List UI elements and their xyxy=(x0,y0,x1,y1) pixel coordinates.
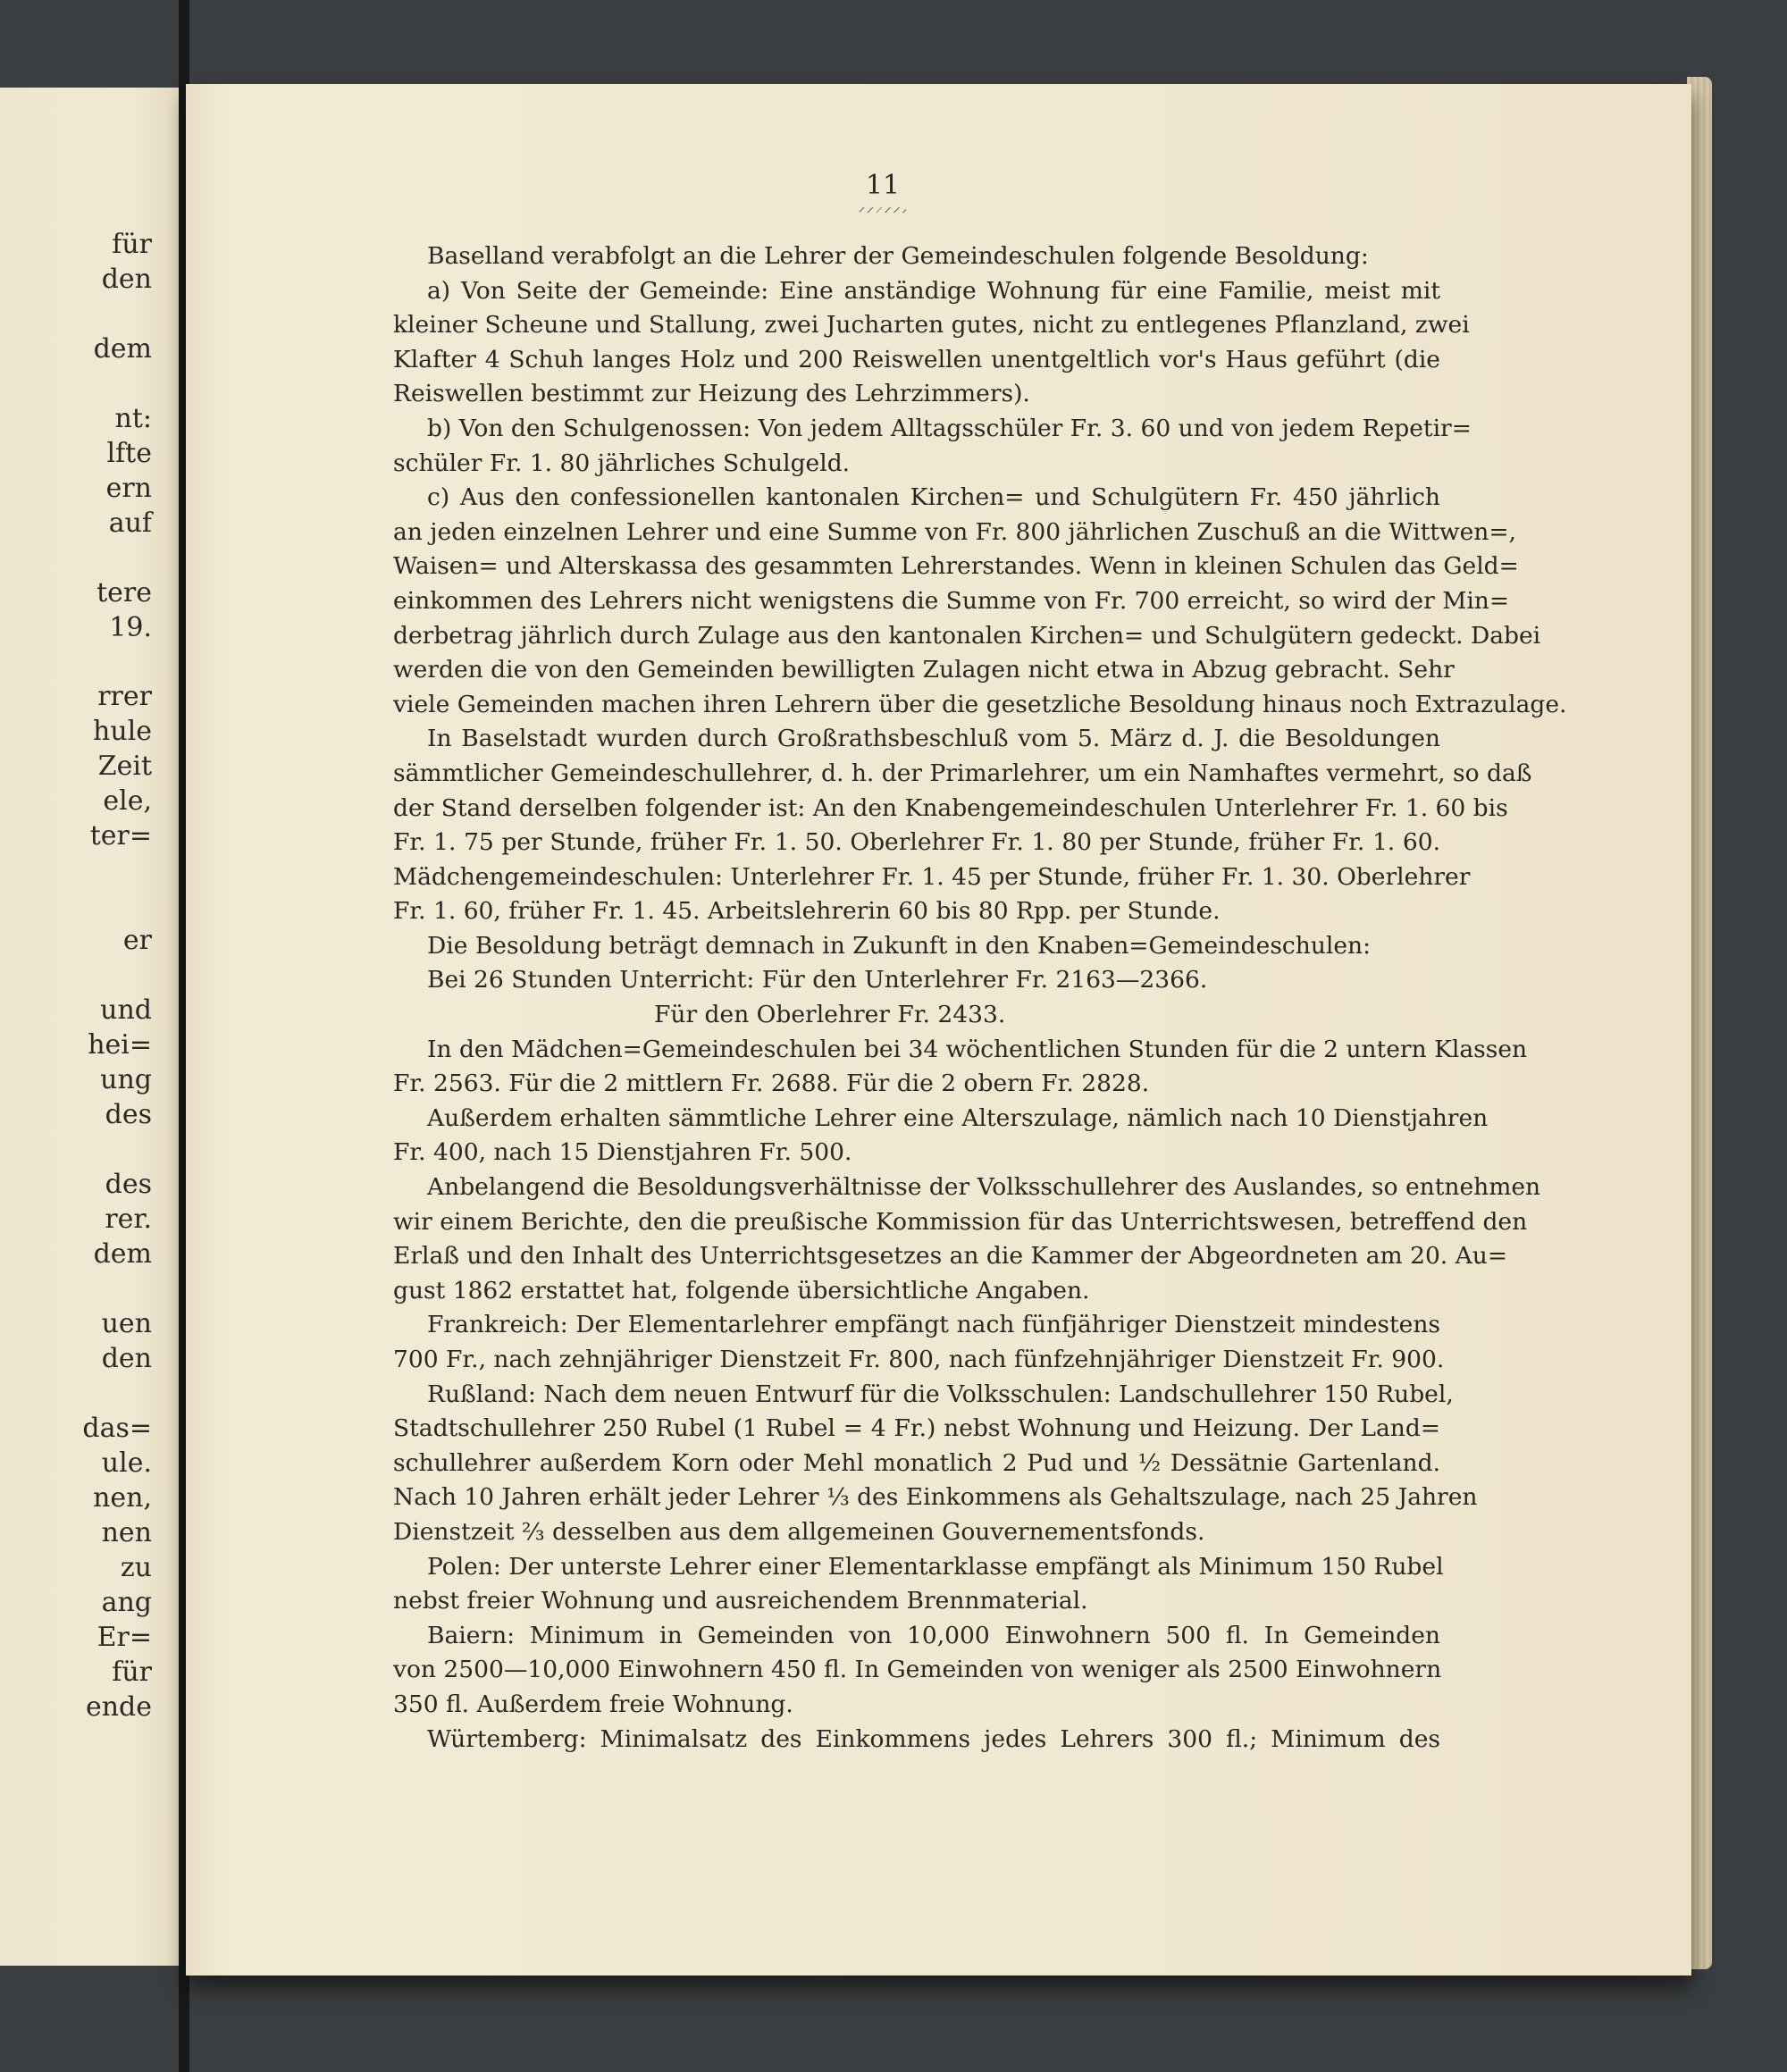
text-line: Für den Oberlehrer Fr. 2433. xyxy=(393,998,1440,1033)
text-line: einkommen des Lehrers nicht wenigstens d… xyxy=(393,584,1440,619)
text-line: Bei 26 Stunden Unterricht: Für den Unter… xyxy=(393,963,1440,998)
text-line: Dienstzeit ⅔ desselben aus dem allgemein… xyxy=(393,1515,1440,1550)
left-page-word: Er= xyxy=(97,1621,152,1655)
left-page-word: ung xyxy=(100,1063,152,1097)
left-page-word: für xyxy=(112,1656,152,1690)
text-line: wir einem Berichte, den die preußische K… xyxy=(393,1205,1440,1240)
left-page-word: des xyxy=(105,1098,152,1132)
left-page-word: rrer xyxy=(97,680,152,714)
text-line: von 2500—10,000 Einwohnern 450 fl. In Ge… xyxy=(393,1653,1440,1688)
left-page-fragment: fürdendemnt:lfteernauftere19.rrerhuleZei… xyxy=(0,88,179,1966)
left-page-word: tere xyxy=(96,576,152,610)
text-line: Außerdem erhalten sämmtliche Lehrer eine… xyxy=(393,1102,1440,1137)
text-line: schullehrer außerdem Korn oder Mehl mona… xyxy=(393,1447,1440,1481)
text-line: Polen: Der unterste Lehrer einer Element… xyxy=(393,1550,1440,1585)
text-line: Anbelangend die Besoldungsverhältnisse d… xyxy=(393,1170,1440,1205)
text-line: Fr. 400, nach 15 Dienstjahren Fr. 500. xyxy=(393,1136,1440,1170)
text-line: schüler Fr. 1. 80 jährliches Schulgeld. xyxy=(393,447,1440,482)
page-number: 11 xyxy=(856,170,910,201)
left-page-word: lfte xyxy=(106,437,152,471)
text-line: derbetrag jährlich durch Zulage aus den … xyxy=(393,619,1440,654)
left-page-word: Zeit xyxy=(98,750,152,784)
left-page-word: hei= xyxy=(88,1028,152,1062)
left-page-word: zu xyxy=(121,1551,152,1585)
body-text: Baselland verabfolgt an die Lehrer der G… xyxy=(393,239,1440,1757)
text-line: Waisen= und Alterskassa des gesammten Le… xyxy=(393,549,1440,584)
text-line: sämmtlicher Gemeindeschullehrer, d. h. d… xyxy=(393,757,1440,792)
left-page-word: auf xyxy=(109,507,152,541)
text-line: 350 fl. Außerdem freie Wohnung. xyxy=(393,1688,1440,1723)
left-page-word: er xyxy=(123,924,152,958)
left-page-word: nen xyxy=(102,1516,152,1550)
left-page-word: den xyxy=(102,263,152,297)
text-line: a) Von Seite der Gemeinde: Eine anständi… xyxy=(393,274,1440,309)
page-number-ornament xyxy=(860,207,906,213)
text-line: Würtemberg: Minimalsatz des Einkommens j… xyxy=(393,1723,1440,1757)
left-page-word: des xyxy=(105,1168,152,1202)
text-line: Frankreich: Der Elementarlehrer empfängt… xyxy=(393,1308,1440,1343)
left-page-word: ule. xyxy=(102,1447,152,1481)
text-line: nebst freier Wohnung und ausreichendem B… xyxy=(393,1584,1440,1619)
left-page-word: nt: xyxy=(115,402,152,436)
text-line: Baselland verabfolgt an die Lehrer der G… xyxy=(393,239,1440,274)
text-line: Erlaß und den Inhalt des Unterrichtsgese… xyxy=(393,1239,1440,1274)
text-line: Mädchengemeindeschulen: Unterlehrer Fr. … xyxy=(393,860,1440,895)
text-line: Stadtschullehrer 250 Rubel (1 Rubel = 4 … xyxy=(393,1412,1440,1447)
left-page-word: und xyxy=(100,994,152,1028)
left-page-word: dem xyxy=(94,332,152,366)
text-line: gust 1862 erstattet hat, folgende übersi… xyxy=(393,1274,1440,1309)
left-page-word: nen, xyxy=(93,1481,152,1515)
left-page-word: für xyxy=(112,228,152,262)
text-line: In Baselstadt wurden durch Großrathsbesc… xyxy=(393,722,1440,757)
text-line: Fr. 2563. Für die 2 mittlern Fr. 2688. F… xyxy=(393,1067,1440,1102)
left-page-word: ter= xyxy=(90,819,152,853)
text-line: Die Besoldung beträgt demnach in Zukunft… xyxy=(393,929,1440,964)
left-page-word: dem xyxy=(94,1237,152,1271)
text-line: Fr. 1. 75 per Stunde, früher Fr. 1. 50. … xyxy=(393,826,1440,860)
left-page-word: ele, xyxy=(103,784,152,818)
text-line: Baiern: Minimum in Gemeinden von 10,000 … xyxy=(393,1619,1440,1654)
text-line: Rußland: Nach dem neuen Entwurf für die … xyxy=(393,1378,1440,1413)
text-line: an jeden einzelnen Lehrer und eine Summe… xyxy=(393,516,1440,550)
text-line: Fr. 1. 60, früher Fr. 1. 45. Arbeitslehr… xyxy=(393,894,1440,929)
left-page-word: das= xyxy=(82,1412,152,1446)
text-line: Reiswellen bestimmt zur Heizung des Lehr… xyxy=(393,377,1440,412)
left-page-word: ern xyxy=(106,472,152,506)
left-page-word: 19. xyxy=(109,611,152,645)
text-line: der Stand derselben folgender ist: An de… xyxy=(393,792,1440,826)
left-page-word: hule xyxy=(93,715,152,749)
text-line: c) Aus den confessionellen kantonalen Ki… xyxy=(393,481,1440,516)
left-page-word: uen xyxy=(102,1307,152,1341)
left-page-word: rer. xyxy=(105,1203,152,1237)
text-line: In den Mädchen=Gemeindeschulen bei 34 wö… xyxy=(393,1033,1440,1068)
left-page-word: den xyxy=(102,1342,152,1376)
left-page-word: ang xyxy=(102,1586,152,1620)
text-line: kleiner Scheune und Stallung, zwei Jucha… xyxy=(393,308,1440,343)
text-line: b) Von den Schulgenossen: Von jedem Allt… xyxy=(393,412,1440,447)
text-line: 700 Fr., nach zehnjähriger Dienstzeit Fr… xyxy=(393,1343,1440,1378)
text-line: Nach 10 Jahren erhält jeder Lehrer ⅓ des… xyxy=(393,1481,1440,1515)
text-line: viele Gemeinden machen ihren Lehrern übe… xyxy=(393,688,1440,723)
text-line: Klafter 4 Schuh langes Holz und 200 Reis… xyxy=(393,343,1440,378)
left-page-word: ende xyxy=(86,1690,152,1724)
text-line: werden die von den Gemeinden bewilligten… xyxy=(393,653,1440,688)
